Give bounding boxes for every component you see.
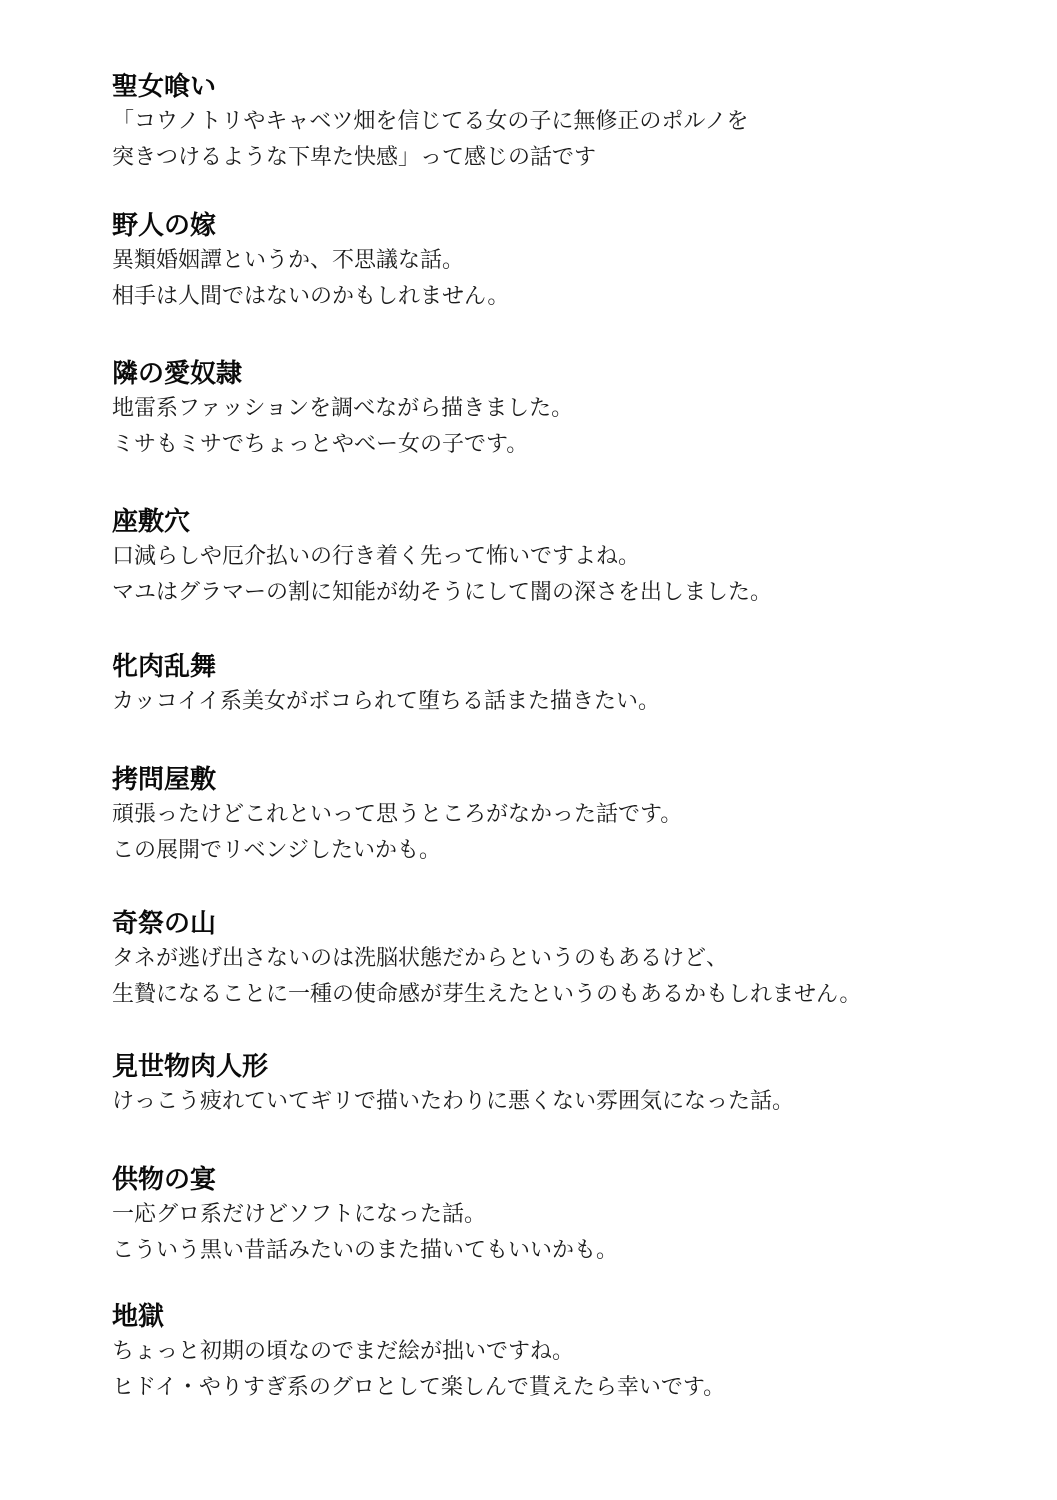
entry-title: 聖女喰い xyxy=(112,72,748,102)
entry-kisai-no-yama: 奇祭の山 タネが逃げ出さないのは洗脳状態だからというのもあるけど、 生贄になるこ… xyxy=(112,909,861,1013)
entry-title: 奇祭の山 xyxy=(112,909,861,939)
body-line: ミサもミサでちょっとやべー女の子です。 xyxy=(112,427,573,463)
body-line: 頑張ったけどこれといって思うところがなかった話です。 xyxy=(112,797,682,833)
body-line: こういう黒い昔話みたいのまた描いてもいいかも。 xyxy=(112,1233,618,1269)
body-line: ちょっと初期の頃なのでまだ絵が拙いですね。 xyxy=(112,1334,725,1370)
entry-title: 野人の嫁 xyxy=(112,211,509,241)
entry-title: 地獄 xyxy=(112,1302,725,1332)
body-line: 「コウノトリやキャベツ畑を信じてる女の子に無修正のポルノを xyxy=(112,104,748,140)
entry-body: 頑張ったけどこれといって思うところがなかった話です。 この展開でリベンジしたいか… xyxy=(112,797,682,869)
entry-body: 「コウノトリやキャベツ畑を信じてる女の子に無修正のポルノを 突きつけるような下卑… xyxy=(112,104,748,176)
entry-body: タネが逃げ出さないのは洗脳状態だからというのもあるけど、 生贄になることに一種の… xyxy=(112,941,861,1013)
entry-mesuniku-ranbu: 牝肉乱舞 カッコイイ系美女がボコられて堕ちる話また描きたい。 xyxy=(112,652,660,720)
body-line: マユはグラマーの割に知能が幼そうにして闇の深さを出しました。 xyxy=(112,575,772,611)
body-line: この展開でリベンジしたいかも。 xyxy=(112,833,682,869)
body-line: 地雷系ファッションを調べながら描きました。 xyxy=(112,391,573,427)
entry-body: 一応グロ系だけどソフトになった話。 こういう黒い昔話みたいのまた描いてもいいかも… xyxy=(112,1197,618,1269)
entry-yajin-no-yome: 野人の嫁 異類婚姻譚というか、不思議な話。 相手は人間ではないのかもしれません。 xyxy=(112,211,509,315)
entry-title: 供物の宴 xyxy=(112,1165,618,1195)
entry-misemono-niku-ningyou: 見世物肉人形 けっこう疲れていてギリで描いたわりに悪くない雰囲気になった話。 xyxy=(112,1052,794,1120)
entry-zashiki-ana: 座敷穴 口減らしや厄介払いの行き着く先って怖いですよね。 マユはグラマーの割に知… xyxy=(112,507,772,611)
entry-title: 拷問屋敷 xyxy=(112,765,682,795)
entry-goumon-yashiki: 拷問屋敷 頑張ったけどこれといって思うところがなかった話です。 この展開でリベン… xyxy=(112,765,682,869)
body-line: 突きつけるような下卑た快感」って感じの話です xyxy=(112,140,748,176)
entry-kumotsu-no-utage: 供物の宴 一応グロ系だけどソフトになった話。 こういう黒い昔話みたいのまた描いて… xyxy=(112,1165,618,1269)
body-line: カッコイイ系美女がボコられて堕ちる話また描きたい。 xyxy=(112,684,660,720)
entry-title: 牝肉乱舞 xyxy=(112,652,660,682)
body-line: けっこう疲れていてギリで描いたわりに悪くない雰囲気になった話。 xyxy=(112,1084,794,1120)
entry-title: 座敷穴 xyxy=(112,507,772,537)
entry-body: ちょっと初期の頃なのでまだ絵が拙いですね。 ヒドイ・やりすぎ系のグロとして楽しん… xyxy=(112,1334,725,1406)
body-line: 一応グロ系だけどソフトになった話。 xyxy=(112,1197,618,1233)
entry-tonari-no-aidorei: 隣の愛奴隷 地雷系ファッションを調べながら描きました。 ミサもミサでちょっとやべ… xyxy=(112,359,573,463)
entry-body: 異類婚姻譚というか、不思議な話。 相手は人間ではないのかもしれません。 xyxy=(112,243,509,315)
body-line: 異類婚姻譚というか、不思議な話。 xyxy=(112,243,509,279)
entry-body: 口減らしや厄介払いの行き着く先って怖いですよね。 マユはグラマーの割に知能が幼そ… xyxy=(112,539,772,611)
body-line: 相手は人間ではないのかもしれません。 xyxy=(112,279,509,315)
entry-jigoku: 地獄 ちょっと初期の頃なのでまだ絵が拙いですね。 ヒドイ・やりすぎ系のグロとして… xyxy=(112,1302,725,1406)
body-line: 生贄になることに一種の使命感が芽生えたというのもあるかもしれません。 xyxy=(112,977,861,1013)
entry-seijo-kui: 聖女喰い 「コウノトリやキャベツ畑を信じてる女の子に無修正のポルノを 突きつける… xyxy=(112,72,748,176)
body-line: 口減らしや厄介払いの行き着く先って怖いですよね。 xyxy=(112,539,772,575)
entry-title: 見世物肉人形 xyxy=(112,1052,794,1082)
entry-body: 地雷系ファッションを調べながら描きました。 ミサもミサでちょっとやべー女の子です… xyxy=(112,391,573,463)
entry-body: カッコイイ系美女がボコられて堕ちる話また描きたい。 xyxy=(112,684,660,720)
entry-title: 隣の愛奴隷 xyxy=(112,359,573,389)
body-line: ヒドイ・やりすぎ系のグロとして楽しんで貰えたら幸いです。 xyxy=(112,1370,725,1406)
entry-body: けっこう疲れていてギリで描いたわりに悪くない雰囲気になった話。 xyxy=(112,1084,794,1120)
body-line: タネが逃げ出さないのは洗脳状態だからというのもあるけど、 xyxy=(112,941,861,977)
